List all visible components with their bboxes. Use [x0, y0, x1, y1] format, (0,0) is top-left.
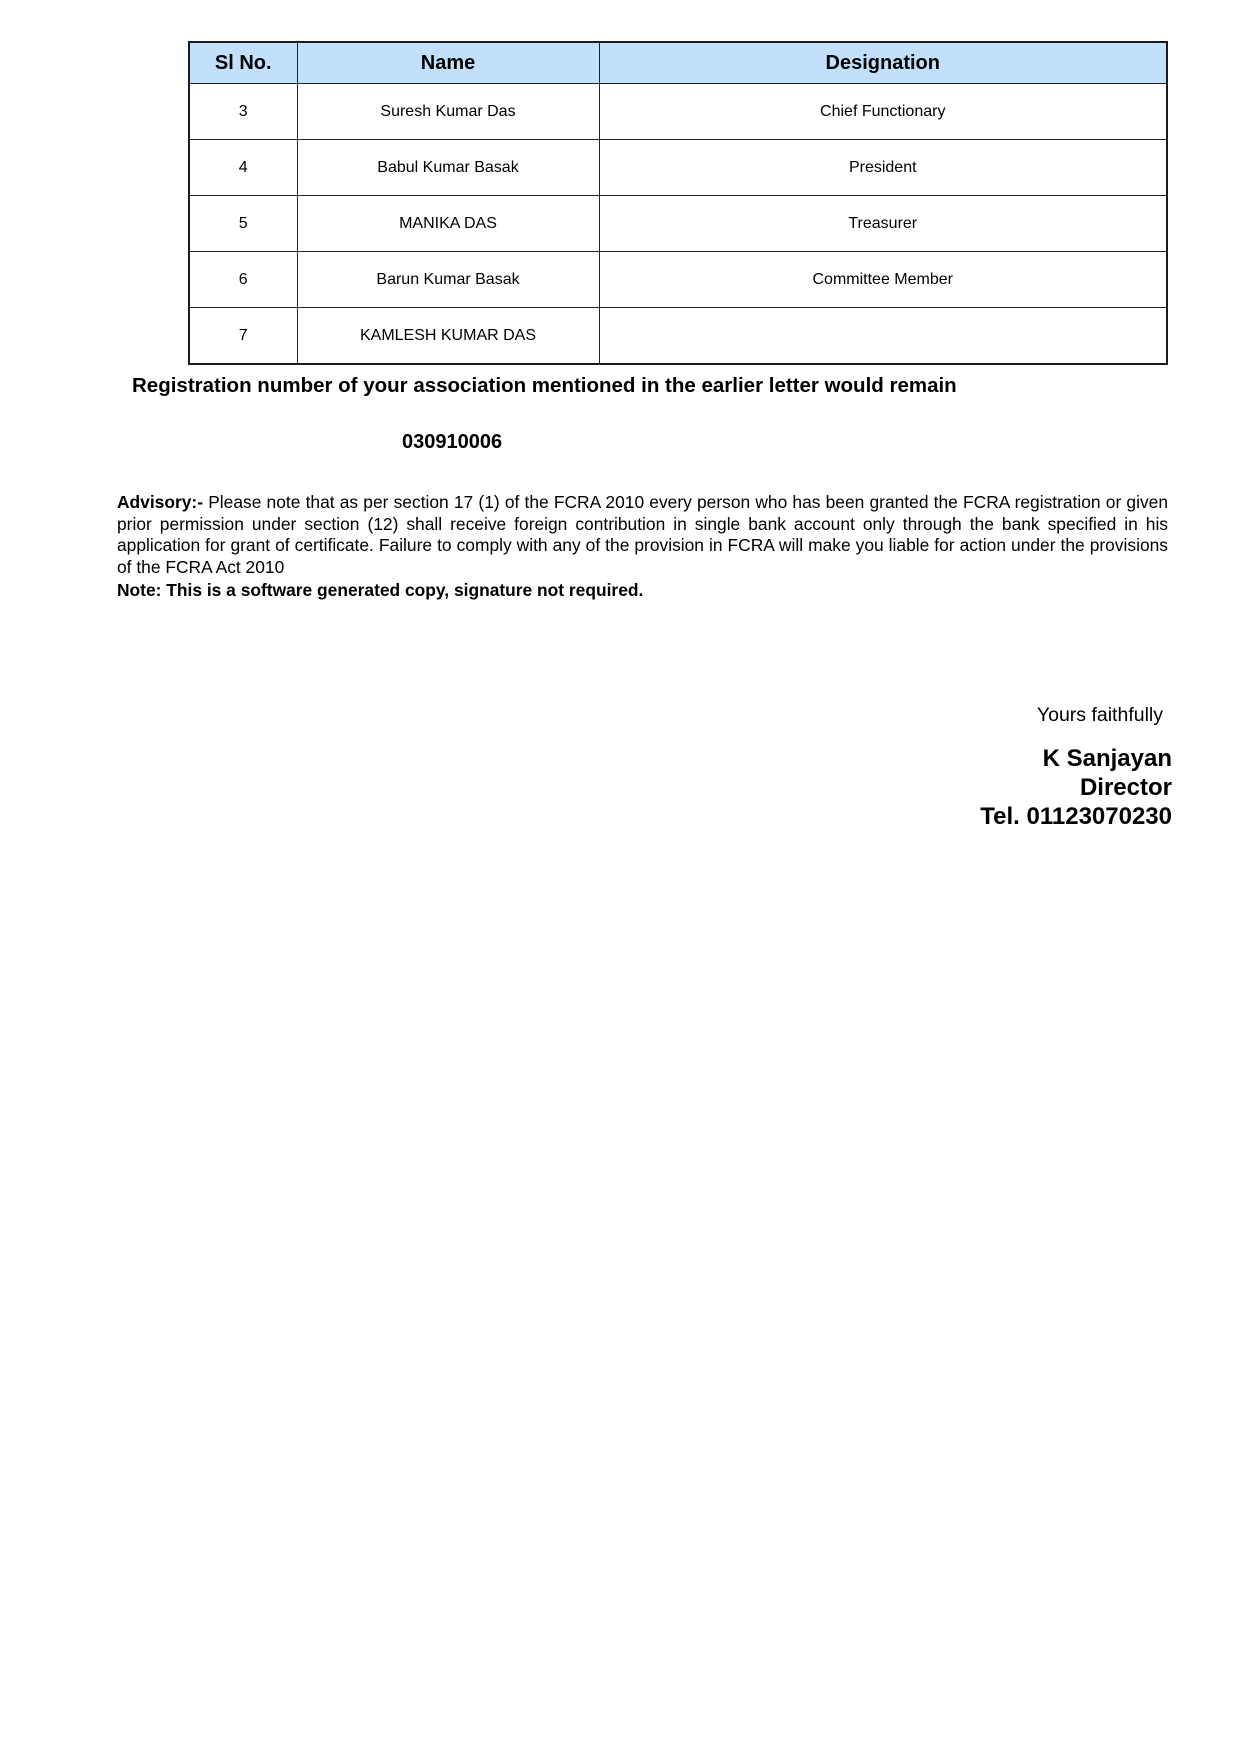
- cell-name: KAMLESH KUMAR DAS: [297, 308, 599, 365]
- cell-name: MANIKA DAS: [297, 196, 599, 252]
- cell-designation: [599, 308, 1167, 365]
- cell-sl-no: 5: [189, 196, 297, 252]
- cell-sl-no: 7: [189, 308, 297, 365]
- table-row: 7 KAMLESH KUMAR DAS: [189, 308, 1167, 365]
- cell-name: Barun Kumar Basak: [297, 252, 599, 308]
- table-row: 6 Barun Kumar Basak Committee Member: [189, 252, 1167, 308]
- cell-designation: Committee Member: [599, 252, 1167, 308]
- header-designation: Designation: [599, 42, 1167, 84]
- table-row: 5 MANIKA DAS Treasurer: [189, 196, 1167, 252]
- signatory-block: K Sanjayan Director Tel. 01123070230: [980, 744, 1172, 831]
- closing-salutation: Yours faithfully: [1037, 704, 1163, 727]
- cell-sl-no: 3: [189, 84, 297, 140]
- table-row: 4 Babul Kumar Basak President: [189, 140, 1167, 196]
- table-row: 3 Suresh Kumar Das Chief Functionary: [189, 84, 1167, 140]
- cell-designation: President: [599, 140, 1167, 196]
- cell-sl-no: 6: [189, 252, 297, 308]
- signatory-phone: Tel. 01123070230: [980, 802, 1172, 831]
- advisory-paragraph: Advisory:- Please note that as per secti…: [117, 492, 1168, 578]
- signatory-title: Director: [980, 773, 1172, 802]
- cell-sl-no: 4: [189, 140, 297, 196]
- software-generated-note: Note: This is a software generated copy,…: [117, 580, 643, 601]
- header-sl-no: Sl No.: [189, 42, 297, 84]
- table-header-row: Sl No. Name Designation: [189, 42, 1167, 84]
- cell-name: Suresh Kumar Das: [297, 84, 599, 140]
- registration-number: 030910006: [402, 431, 502, 454]
- cell-designation: Chief Functionary: [599, 84, 1167, 140]
- cell-designation: Treasurer: [599, 196, 1167, 252]
- header-name: Name: [297, 42, 599, 84]
- advisory-label: Advisory:-: [117, 492, 203, 512]
- members-table: Sl No. Name Designation 3 Suresh Kumar D…: [188, 41, 1168, 365]
- signatory-name: K Sanjayan: [980, 744, 1172, 773]
- advisory-text: Please note that as per section 17 (1) o…: [117, 492, 1168, 577]
- registration-statement: Registration number of your association …: [132, 374, 957, 398]
- cell-name: Babul Kumar Basak: [297, 140, 599, 196]
